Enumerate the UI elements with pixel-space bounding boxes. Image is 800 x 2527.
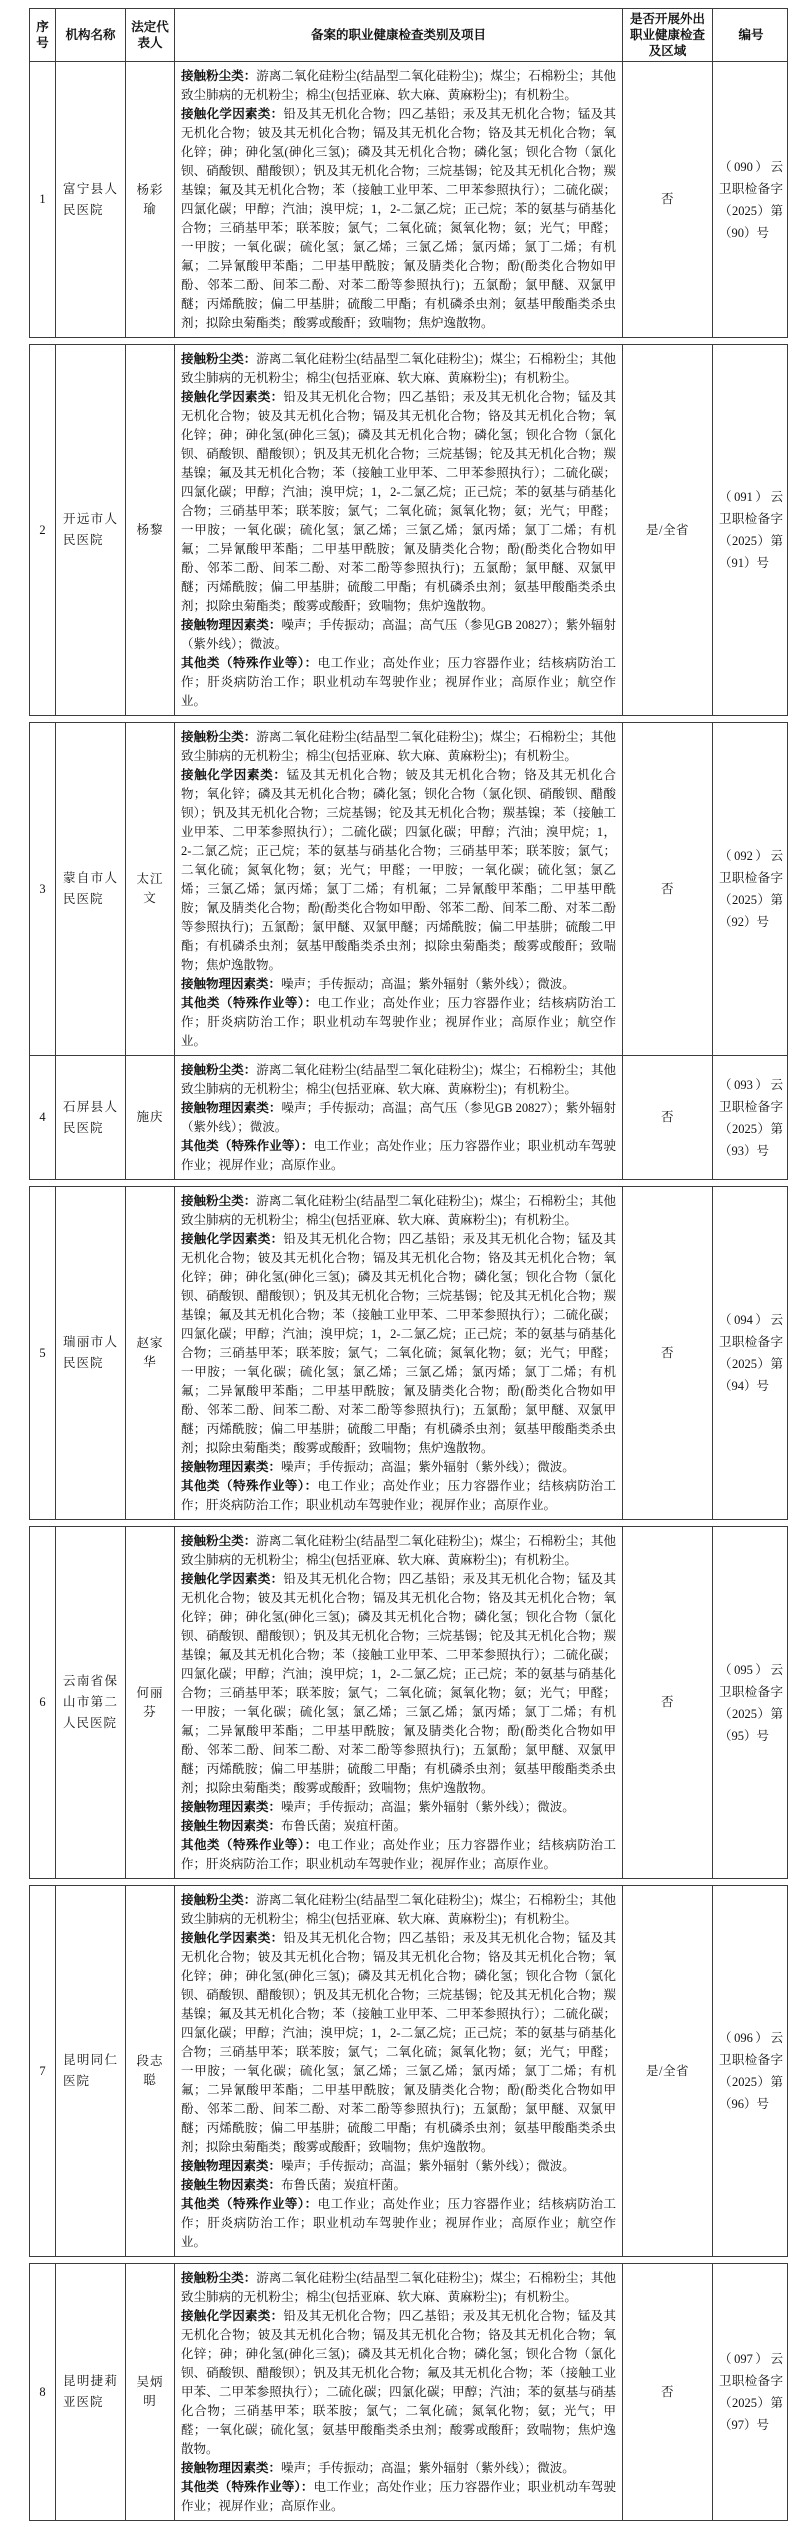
table-block: 8昆明捷莉亚医院吴炳明接触粉尘类：游离二氧化硅粉尘(结晶型二氧化硅粉尘)；煤尘；… (29, 2263, 788, 2521)
outbound-cell: 否 (623, 2264, 713, 2520)
category-paragraph: 接触化学因素类：铅及其无机化合物；四乙基铅；汞及其无机化合物；锰及其无机化合物；… (181, 388, 616, 616)
category-label: 接触化学因素类： (181, 1572, 283, 1586)
category-paragraph: 接触粉尘类：游离二氧化硅粉尘(结晶型二氧化硅粉尘)；煤尘；石棉粉尘；其他致尘肺病… (181, 1192, 616, 1230)
rep-cell: 何丽芬 (126, 1684, 174, 1722)
rep-cell: 吴炳明 (126, 2373, 174, 2411)
category-paragraph: 其他类（特殊作业等）：电工作业；高处作业；压力容器作业；结核病防治工作；肝炎病防… (181, 1477, 616, 1515)
category-label: 接触粉尘类： (181, 1893, 256, 1907)
category-label: 接触粉尘类： (181, 1534, 256, 1548)
category-label: 接触物理因素类： (181, 1101, 282, 1115)
category-paragraph: 接触生物因素类：布鲁氏菌；炭疽杆菌。 (181, 2176, 616, 2195)
seq-cell: 2 (30, 345, 56, 715)
outbound-cell: 否 (623, 1187, 713, 1519)
header-cell: 法定代表人 (126, 9, 175, 61)
category-paragraph: 接触生物因素类：布鲁氏菌；炭疽杆菌。 (181, 1817, 616, 1836)
outbound-cell: 否 (623, 62, 713, 337)
category-text: 噪声；手传振动；高温；紫外辐射（紫外线）；微波。 (281, 1800, 575, 1814)
category-text: 铅及其无机化合物；四乙基铅；汞及其无机化合物；锰及其无机化合物；铍及其无机化合物… (181, 2309, 616, 2456)
category-text: 噪声；手传振动；高温；紫外辐射（紫外线）；微波。 (281, 2159, 575, 2173)
category-paragraph: 接触化学因素类：铅及其无机化合物；四乙基铅；汞及其无机化合物；锰及其无机化合物；… (181, 2307, 616, 2459)
rep-cell: 杨黎 (132, 521, 167, 540)
table-row: 3蒙自市人民医院太江文接触粉尘类：游离二氧化硅粉尘(结晶型二氧化硅粉尘)；煤尘；… (30, 723, 787, 1055)
category-paragraph: 其他类（特殊作业等）：电工作业；高处作业；压力容器作业；结核病防治工作；肝炎病防… (181, 994, 616, 1051)
table-row: 6云南省保山市第二人民医院何丽芬接触粉尘类：游离二氧化硅粉尘(结晶型二氧化硅粉尘… (30, 1527, 787, 1878)
category-paragraph: 其他类（特殊作业等）：电工作业；高处作业；压力容器作业；职业机动车驾驶作业；视屏… (181, 2478, 616, 2516)
org-cell-wrap: 云南省保山市第二人民医院 (56, 1527, 126, 1878)
header-cell: 是否开展外出职业健康检查及区域 (623, 9, 713, 61)
category-label: 其他类（特殊作业等）： (181, 2197, 318, 2211)
rep-cell: 施庆 (132, 1108, 167, 1127)
rep-cell-wrap: 赵家华 (126, 1187, 175, 1519)
number-cell-wrap: （094）云卫职检备字（2025）第（94）号 (713, 1187, 789, 1519)
rep-cell-wrap: 何丽芬 (126, 1527, 175, 1878)
category-label: 接触物理因素类： (181, 977, 281, 991)
org-cell-wrap: 石屏县人民医院 (56, 1056, 126, 1179)
category-label: 其他类（特殊作业等）： (181, 656, 318, 670)
seq-cell: 3 (30, 723, 56, 1055)
org-cell-wrap: 瑞丽市人民医院 (56, 1187, 126, 1519)
table-block: 3蒙自市人民医院太江文接触粉尘类：游离二氧化硅粉尘(结晶型二氧化硅粉尘)；煤尘；… (29, 722, 788, 1180)
category-paragraph: 接触化学因素类：铅及其无机化合物；四乙基铅；汞及其无机化合物；锰及其无机化合物；… (181, 105, 616, 333)
category-label: 接触粉尘类： (181, 730, 256, 744)
org-cell-wrap: 昆明同仁医院 (56, 1886, 126, 2256)
seq-cell: 8 (30, 2264, 56, 2520)
number-cell-wrap: （095）云卫职检备字（2025）第（95）号 (713, 1527, 789, 1878)
number-cell: （091）云卫职检备字（2025）第（91）号 (719, 486, 783, 574)
items-cell: 接触粉尘类：游离二氧化硅粉尘(结晶型二氧化硅粉尘)；煤尘；石棉粉尘；其他致尘肺病… (175, 723, 623, 1055)
category-label: 其他类（特殊作业等）： (181, 1479, 318, 1493)
org-cell: 富宁县人民医院 (56, 179, 125, 221)
table-row: 5瑞丽市人民医院赵家华接触粉尘类：游离二氧化硅粉尘(结晶型二氧化硅粉尘)；煤尘；… (30, 1187, 787, 1519)
number-cell-wrap: （093）云卫职检备字（2025）第（93）号 (713, 1056, 789, 1179)
category-text: 铅及其无机化合物；四乙基铅；汞及其无机化合物；锰及其无机化合物；铍及其无机化合物… (181, 1232, 616, 1455)
table-row: 1富宁县人民医院杨彩瑜接触粉尘类：游离二氧化硅粉尘(结晶型二氧化硅粉尘)；煤尘；… (30, 61, 787, 337)
category-paragraph: 接触化学因素类：锰及其无机化合物；铍及其无机化合物；铬及其无机化合物；氧化锌；磷… (181, 766, 616, 975)
category-paragraph: 接触粉尘类：游离二氧化硅粉尘(结晶型二氧化硅粉尘)；煤尘；石棉粉尘；其他致尘肺病… (181, 67, 616, 105)
category-paragraph: 接触化学因素类：铅及其无机化合物；四乙基铅；汞及其无机化合物；锰及其无机化合物；… (181, 1570, 616, 1798)
table-block: 5瑞丽市人民医院赵家华接触粉尘类：游离二氧化硅粉尘(结晶型二氧化硅粉尘)；煤尘；… (29, 1186, 788, 1520)
number-cell: （097）云卫职检备字（2025）第（97）号 (719, 2348, 783, 2436)
seq-cell: 5 (30, 1187, 56, 1519)
table-row: 8昆明捷莉亚医院吴炳明接触粉尘类：游离二氧化硅粉尘(结晶型二氧化硅粉尘)；煤尘；… (30, 2264, 787, 2520)
table-block: 序号机构名称法定代表人备案的职业健康检查类别及项目是否开展外出职业健康检查及区域… (29, 8, 788, 338)
items-cell: 接触粉尘类：游离二氧化硅粉尘(结晶型二氧化硅粉尘)；煤尘；石棉粉尘；其他致尘肺病… (175, 1187, 623, 1519)
category-label: 接触生物因素类： (181, 1819, 281, 1833)
category-paragraph: 接触物理因素类：噪声；手传振动；高温；紫外辐射（紫外线）；微波。 (181, 2459, 616, 2478)
category-paragraph: 接触物理因素类：噪声；手传振动；高温；高气压（参见GB 20827）；紫外辐射（… (181, 616, 616, 654)
rep-cell-wrap: 段志聪 (126, 1886, 175, 2256)
category-paragraph: 接触物理因素类：噪声；手传振动；高温；紫外辐射（紫外线）；微波。 (181, 975, 616, 994)
category-label: 接触化学因素类： (181, 2309, 283, 2323)
table-row: 4石屏县人民医院施庆接触粉尘类：游离二氧化硅粉尘(结晶型二氧化硅粉尘)；煤尘；石… (30, 1055, 787, 1179)
number-cell-wrap: （096）云卫职检备字（2025）第（96）号 (713, 1886, 789, 2256)
outbound-cell: 是/全省 (623, 345, 713, 715)
category-label: 接触化学因素类： (181, 107, 283, 121)
category-paragraph: 接触化学因素类：铅及其无机化合物；四乙基铅；汞及其无机化合物；锰及其无机化合物；… (181, 1230, 616, 1458)
rep-cell: 太江文 (126, 870, 174, 908)
category-label: 接触物理因素类： (181, 2159, 281, 2173)
outbound-cell: 否 (623, 723, 713, 1055)
table-row: 2开远市人民医院杨黎接触粉尘类：游离二氧化硅粉尘(结晶型二氧化硅粉尘)；煤尘；石… (30, 345, 787, 715)
category-label: 接触粉尘类： (181, 1194, 256, 1208)
category-label: 接触生物因素类： (181, 2178, 281, 2192)
header-row: 序号机构名称法定代表人备案的职业健康检查类别及项目是否开展外出职业健康检查及区域… (30, 9, 787, 61)
org-cell: 云南省保山市第二人民医院 (56, 1671, 125, 1734)
category-label: 其他类（特殊作业等）： (181, 1838, 318, 1852)
rep-cell-wrap: 杨黎 (126, 345, 175, 715)
seq-cell: 1 (30, 62, 56, 337)
category-paragraph: 接触物理因素类：噪声；手传振动；高温；紫外辐射（紫外线）；微波。 (181, 2157, 616, 2176)
header-cell: 序号 (30, 9, 56, 61)
number-cell: （090）云卫职检备字（2025）第（90）号 (719, 156, 783, 244)
items-cell: 接触粉尘类：游离二氧化硅粉尘(结晶型二氧化硅粉尘)；煤尘；石棉粉尘；其他致尘肺病… (175, 2264, 623, 2520)
category-label: 其他类（特殊作业等）： (181, 1139, 313, 1153)
category-text: 铅及其无机化合物；四乙基铅；汞及其无机化合物；锰及其无机化合物；铍及其无机化合物… (181, 1572, 616, 1795)
org-cell-wrap: 昆明捷莉亚医院 (56, 2264, 126, 2520)
category-label: 接触物理因素类： (181, 1460, 281, 1474)
category-text: 噪声；手传振动；高温；紫外辐射（紫外线）；微波。 (281, 2461, 575, 2475)
category-text: 噪声；手传振动；高温；紫外辐射（紫外线）；微波。 (281, 977, 575, 991)
category-label: 接触粉尘类： (181, 352, 256, 366)
rep-cell-wrap: 吴炳明 (126, 2264, 175, 2520)
items-cell: 接触粉尘类：游离二氧化硅粉尘(结晶型二氧化硅粉尘)；煤尘；石棉粉尘；其他致尘肺病… (175, 345, 623, 715)
org-cell-wrap: 开远市人民医院 (56, 345, 126, 715)
number-cell: （094）云卫职检备字（2025）第（94）号 (719, 1309, 783, 1397)
table-block: 2开远市人民医院杨黎接触粉尘类：游离二氧化硅粉尘(结晶型二氧化硅粉尘)；煤尘；石… (29, 344, 788, 716)
rep-cell-wrap: 杨彩瑜 (126, 62, 175, 337)
rep-cell-wrap: 太江文 (126, 723, 175, 1055)
category-paragraph: 接触粉尘类：游离二氧化硅粉尘(结晶型二氧化硅粉尘)；煤尘；石棉粉尘；其他致尘肺病… (181, 1061, 616, 1099)
category-label: 接触物理因素类： (181, 2461, 281, 2475)
items-cell: 接触粉尘类：游离二氧化硅粉尘(结晶型二氧化硅粉尘)；煤尘；石棉粉尘；其他致尘肺病… (175, 1527, 623, 1878)
number-cell-wrap: （092）云卫职检备字（2025）第（92）号 (713, 723, 789, 1055)
org-cell: 昆明同仁医院 (56, 2050, 125, 2092)
org-cell-wrap: 蒙自市人民医院 (56, 723, 126, 1055)
header-cell: 机构名称 (56, 9, 126, 61)
category-paragraph: 接触粉尘类：游离二氧化硅粉尘(结晶型二氧化硅粉尘)；煤尘；石棉粉尘；其他致尘肺病… (181, 728, 616, 766)
rep-cell: 段志聪 (126, 2052, 174, 2090)
number-cell: （092）云卫职检备字（2025）第（92）号 (719, 845, 783, 933)
category-paragraph: 接触粉尘类：游离二氧化硅粉尘(结晶型二氧化硅粉尘)；煤尘；石棉粉尘；其他致尘肺病… (181, 350, 616, 388)
table-block: 6云南省保山市第二人民医院何丽芬接触粉尘类：游离二氧化硅粉尘(结晶型二氧化硅粉尘… (29, 1526, 788, 1879)
header-cell: 备案的职业健康检查类别及项目 (175, 9, 623, 61)
category-text: 噪声；手传振动；高温；紫外辐射（紫外线）；微波。 (281, 1460, 575, 1474)
category-label: 接触粉尘类： (181, 1063, 256, 1077)
outbound-cell: 否 (623, 1056, 713, 1179)
number-cell-wrap: （097）云卫职检备字（2025）第（97）号 (713, 2264, 789, 2520)
items-cell: 接触粉尘类：游离二氧化硅粉尘(结晶型二氧化硅粉尘)；煤尘；石棉粉尘；其他致尘肺病… (175, 1056, 623, 1179)
number-cell-wrap: （091）云卫职检备字（2025）第（91）号 (713, 345, 789, 715)
category-label: 接触粉尘类： (181, 69, 256, 83)
category-label: 其他类（特殊作业等）： (181, 996, 318, 1010)
category-text: 布鲁氏菌；炭疽杆菌。 (281, 1819, 406, 1833)
items-cell: 接触粉尘类：游离二氧化硅粉尘(结晶型二氧化硅粉尘)；煤尘；石棉粉尘；其他致尘肺病… (175, 1886, 623, 2256)
outbound-cell: 是/全省 (623, 1886, 713, 2256)
page: { "page": { "background": "#ffffff", "bo… (0, 8, 800, 2521)
category-label: 接触化学因素类： (181, 768, 287, 782)
registration-table: 序号机构名称法定代表人备案的职业健康检查类别及项目是否开展外出职业健康检查及区域… (29, 8, 788, 2521)
category-paragraph: 接触物理因素类：噪声；手传振动；高温；紫外辐射（紫外线）；微波。 (181, 1798, 616, 1817)
number-cell: （095）云卫职检备字（2025）第（95）号 (719, 1659, 783, 1747)
org-cell: 石屏县人民医院 (56, 1097, 125, 1139)
category-label: 接触化学因素类： (181, 1931, 283, 1945)
category-paragraph: 接触物理因素类：噪声；手传振动；高温；高气压（参见GB 20827）；紫外辐射（… (181, 1099, 616, 1137)
category-text: 铅及其无机化合物；四乙基铅；汞及其无机化合物；锰及其无机化合物；铍及其无机化合物… (181, 107, 616, 330)
seq-cell: 6 (30, 1527, 56, 1878)
category-paragraph: 其他类（特殊作业等）：电工作业；高处作业；压力容器作业；职业机动车驾驶作业；视屏… (181, 1137, 616, 1175)
category-label: 其他类（特殊作业等）： (181, 2480, 313, 2494)
seq-cell: 7 (30, 1886, 56, 2256)
rep-cell: 赵家华 (126, 1334, 174, 1372)
table-row: 7昆明同仁医院段志聪接触粉尘类：游离二氧化硅粉尘(结晶型二氧化硅粉尘)；煤尘；石… (30, 1886, 787, 2256)
table-block: 7昆明同仁医院段志聪接触粉尘类：游离二氧化硅粉尘(结晶型二氧化硅粉尘)；煤尘；石… (29, 1885, 788, 2257)
org-cell: 瑞丽市人民医院 (56, 1332, 125, 1374)
category-paragraph: 接触化学因素类：铅及其无机化合物；四乙基铅；汞及其无机化合物；锰及其无机化合物；… (181, 1929, 616, 2157)
category-paragraph: 接触物理因素类：噪声；手传振动；高温；紫外辐射（紫外线）；微波。 (181, 1458, 616, 1477)
seq-cell: 4 (30, 1056, 56, 1179)
outbound-cell: 否 (623, 1527, 713, 1878)
category-label: 接触物理因素类： (181, 618, 282, 632)
category-paragraph: 接触粉尘类：游离二氧化硅粉尘(结晶型二氧化硅粉尘)；煤尘；石棉粉尘；其他致尘肺病… (181, 2269, 616, 2307)
org-cell: 昆明捷莉亚医院 (56, 2371, 125, 2413)
rep-cell-wrap: 施庆 (126, 1056, 175, 1179)
header-cell: 编号 (713, 9, 789, 61)
category-text: 铅及其无机化合物；四乙基铅；汞及其无机化合物；锰及其无机化合物；铍及其无机化合物… (181, 1931, 616, 2154)
category-text: 锰及其无机化合物；铍及其无机化合物；铬及其无机化合物；氧化锌；磷及其无机化合物；… (181, 768, 616, 972)
number-cell-wrap: （090）云卫职检备字（2025）第（90）号 (713, 62, 789, 337)
org-cell: 开远市人民医院 (56, 509, 125, 551)
number-cell: （093）云卫职检备字（2025）第（93）号 (719, 1074, 783, 1162)
category-label: 接触化学因素类： (181, 390, 283, 404)
category-label: 接触粉尘类： (181, 2271, 256, 2285)
items-cell: 接触粉尘类：游离二氧化硅粉尘(结晶型二氧化硅粉尘)；煤尘；石棉粉尘；其他致尘肺病… (175, 62, 623, 337)
category-paragraph: 其他类（特殊作业等）：电工作业；高处作业；压力容器作业；结核病防治工作；肝炎病防… (181, 1836, 616, 1874)
number-cell: （096）云卫职检备字（2025）第（96）号 (719, 2027, 783, 2115)
category-paragraph: 其他类（特殊作业等）：电工作业；高处作业；压力容器作业；结核病防治工作；肝炎病防… (181, 654, 616, 711)
category-paragraph: 接触粉尘类：游离二氧化硅粉尘(结晶型二氧化硅粉尘)；煤尘；石棉粉尘；其他致尘肺病… (181, 1532, 616, 1570)
category-paragraph: 接触粉尘类：游离二氧化硅粉尘(结晶型二氧化硅粉尘)；煤尘；石棉粉尘；其他致尘肺病… (181, 1891, 616, 1929)
category-label: 接触化学因素类： (181, 1232, 283, 1246)
category-paragraph: 其他类（特殊作业等）：电工作业；高处作业；压力容器作业；结核病防治工作；肝炎病防… (181, 2195, 616, 2252)
category-label: 接触物理因素类： (181, 1800, 281, 1814)
rep-cell: 杨彩瑜 (126, 181, 174, 219)
org-cell: 蒙自市人民医院 (56, 868, 125, 910)
category-text: 铅及其无机化合物；四乙基铅；汞及其无机化合物；锰及其无机化合物；铍及其无机化合物… (181, 390, 616, 613)
category-text: 布鲁氏菌；炭疽杆菌。 (281, 2178, 406, 2192)
org-cell-wrap: 富宁县人民医院 (56, 62, 126, 337)
